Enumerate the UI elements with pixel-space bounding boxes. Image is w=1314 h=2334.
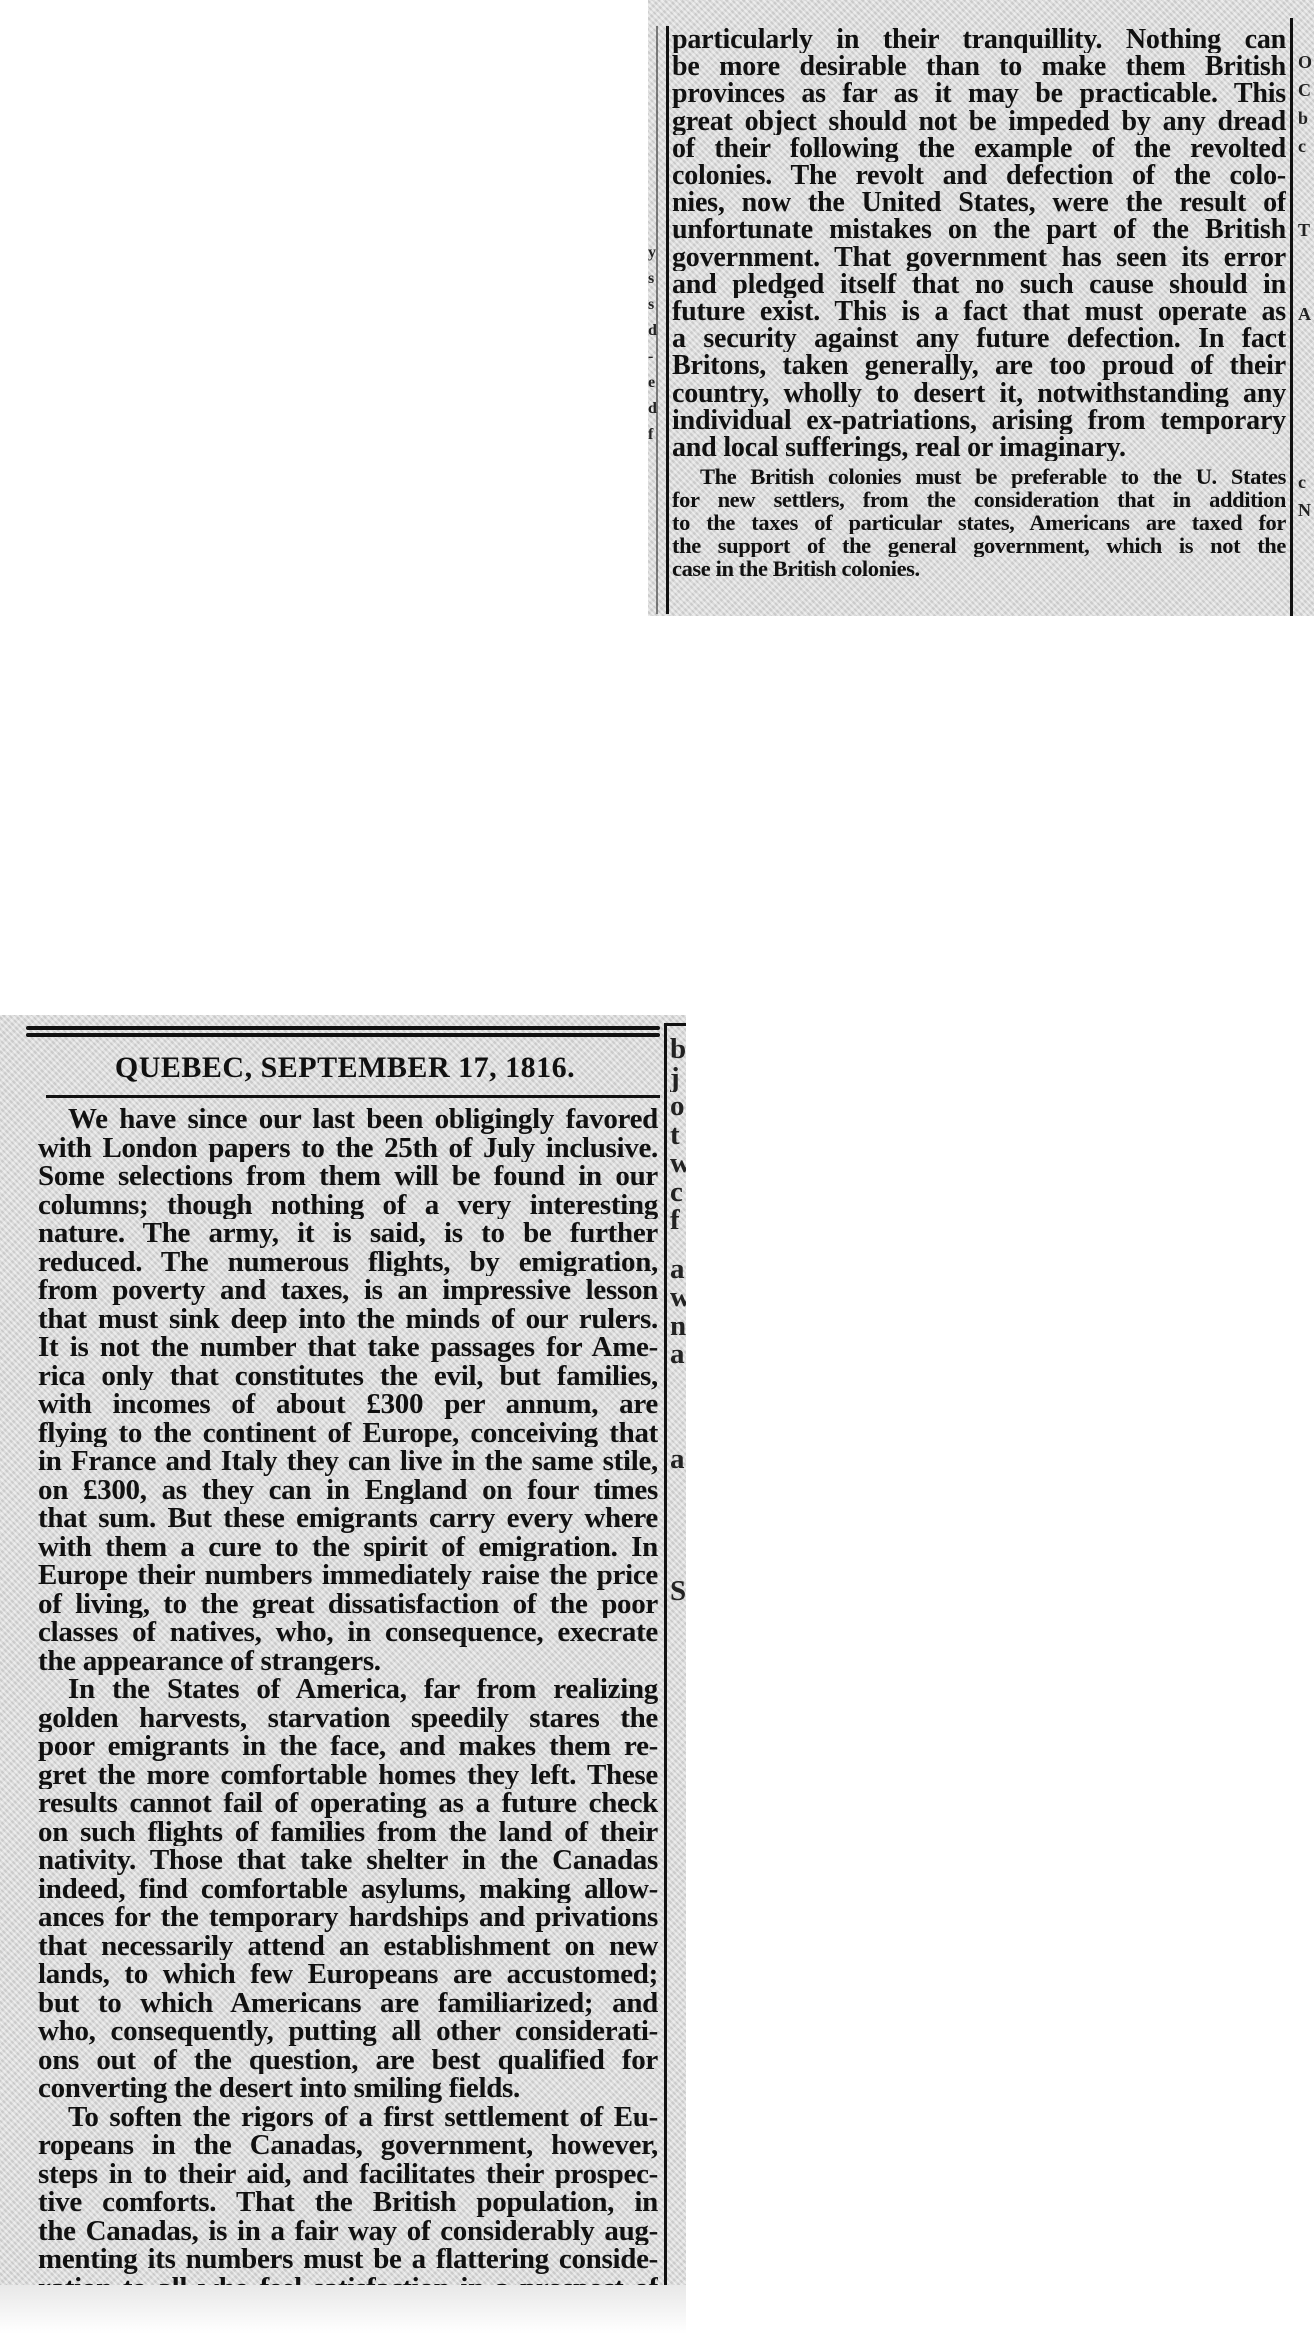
article-paragraph: We have since our last been obligingly f… (38, 1105, 658, 1675)
double-rule-divider (26, 1026, 660, 1038)
rule-line (26, 1033, 660, 1037)
right-column-fragment: O C b c T A c N (1298, 48, 1314, 524)
rule-line (26, 1026, 660, 1030)
article-column: particularly in their tranquillity. Noth… (672, 26, 1286, 580)
column-rule-right (664, 1023, 667, 2323)
article-paragraph-small: The British colonies must be preferable … (672, 465, 1286, 580)
newspaper-clipping-bottom: QUEBEC, SEPTEMBER 17, 1816. b j o t w c … (0, 1015, 686, 2334)
right-column-fragment: b j o t w c f a w n a a S (670, 1035, 686, 1606)
heading-underline (46, 1095, 660, 1098)
column-rule-left (666, 26, 669, 614)
dateline-heading: QUEBEC, SEPTEMBER 17, 1816. (30, 1051, 660, 1085)
article-paragraph: In the States of America, far from reali… (38, 1675, 658, 2103)
clipping-bottom-edge (0, 2285, 686, 2334)
column-rule-right (1290, 18, 1293, 616)
article-paragraph: particularly in their tranquillity. Noth… (672, 26, 1286, 461)
left-column-fragment: y s s d - e d f (648, 240, 660, 448)
article-column: We have since our last been obligingly f… (38, 1105, 658, 2331)
newspaper-clipping-top: y s s d - e d f O C b c T A c N particul… (648, 0, 1314, 616)
column-rule-top (664, 1023, 686, 1026)
